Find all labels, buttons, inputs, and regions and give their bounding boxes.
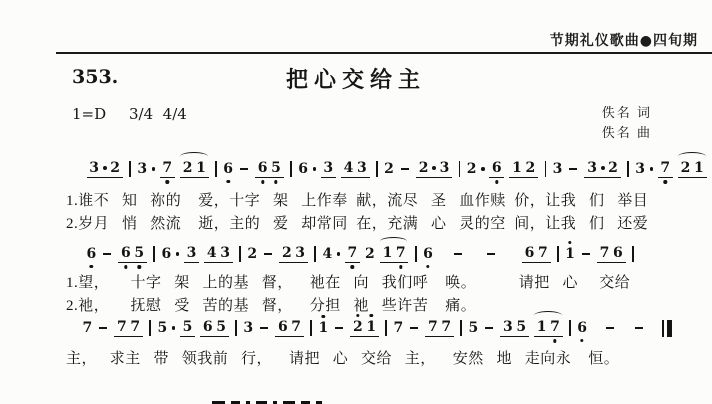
note-group: 7: [658, 161, 673, 178]
jianpu-note: 5: [216, 320, 226, 334]
barline: [632, 246, 634, 262]
barline: [545, 161, 547, 177]
jianpu-note: 4: [344, 161, 354, 175]
jianpu-line-1: 323721665634322326123323721: [84, 158, 712, 180]
key-signature: 1=D: [72, 105, 106, 123]
note-group: 76: [597, 246, 626, 263]
jianpu-note: 2: [353, 320, 363, 334]
duration-dash: [410, 327, 418, 329]
jianpu-note: 7: [396, 246, 406, 260]
barline: [129, 161, 131, 177]
jianpu-line-2: 665634322347217667176: [84, 243, 638, 265]
jianpu-note: 6: [278, 320, 288, 334]
note-group: 3: [184, 246, 199, 263]
jianpu-note: 2: [183, 161, 193, 175]
jianpu-note: 7: [538, 246, 548, 260]
duration-dash: [487, 253, 495, 255]
high-octave-dot: [322, 315, 325, 318]
barline: [153, 246, 155, 262]
low-octave-dot: [495, 180, 498, 183]
note-group: 7: [160, 161, 175, 178]
duration-dash: [99, 327, 107, 329]
low-octave-dot: [426, 265, 429, 268]
low-octave-dot: [580, 339, 583, 342]
duration-dash: [582, 253, 590, 255]
jianpu-note: 3: [357, 161, 367, 175]
barline: [314, 246, 316, 262]
note-group: 65: [118, 246, 147, 263]
barline: [415, 246, 417, 262]
jianpu-note: 3: [440, 161, 450, 175]
sheet-music-page: 节期礼仪歌曲●四旬期 353. 把心交给主 1=D 3/4 4/4 佚名 词 佚…: [0, 0, 712, 404]
note-group-tied: 17: [380, 246, 409, 263]
note-group-tied: 17: [534, 320, 563, 337]
jianpu-note: 5: [516, 320, 526, 334]
high-octave-dot: [568, 241, 571, 244]
note-group: 43: [204, 246, 233, 263]
rhythm-dot: [432, 166, 436, 170]
augmentation-dot: [481, 167, 485, 171]
barline: [459, 161, 461, 177]
lyrics-line2-verse1: 1.望， 十字 架 上的基 督， 祂在 向 我们呼 唤。 请把 心 交给: [66, 271, 630, 292]
jianpu-note: 6: [613, 246, 623, 260]
jianpu-note: 7: [291, 320, 301, 334]
jianpu-line-3: 7775565367121777535176: [80, 317, 675, 339]
final-barline-thin: [662, 320, 664, 337]
low-octave-dot: [351, 265, 354, 268]
jianpu-note: 5: [183, 320, 193, 334]
jianpu-note: 6: [577, 321, 587, 335]
note-group: 77: [425, 320, 454, 337]
rhythm-dot: [601, 166, 605, 170]
low-octave-dot: [124, 265, 127, 268]
jianpu-note: 6: [162, 247, 172, 261]
lyrics-line3: 主， 求主 带 领我前 行， 请把 心 交给 主， 安然 地 走向永 恒。: [66, 347, 619, 368]
note-group: 7: [345, 246, 360, 263]
augmentation-dot: [152, 167, 156, 171]
jianpu-note: 6: [223, 162, 233, 176]
note-group: 23: [416, 161, 452, 178]
note-group: 67: [275, 320, 304, 337]
note-group: 35: [500, 320, 529, 337]
barline: [235, 320, 237, 336]
jianpu-note: 3: [587, 161, 597, 175]
jianpu-note: 5: [158, 321, 168, 335]
jianpu-note: 2: [467, 162, 477, 176]
augmentation-dot: [172, 326, 176, 330]
jianpu-note: 2: [282, 246, 292, 260]
jianpu-note: 7: [83, 321, 93, 335]
jianpu-note: 7: [550, 320, 560, 334]
low-octave-dot: [553, 339, 556, 342]
lyrics-line1-verse1: 1.谁不 知 祢的 爱，十字 架 上作奉 献，流尽 圣 血作赎 价，让我 们 举…: [66, 189, 648, 210]
low-octave-dot: [399, 265, 402, 268]
augmentation-dot: [313, 167, 317, 171]
jianpu-note: 2: [365, 247, 375, 261]
final-barline-thick: [667, 320, 672, 337]
note-group: 65: [200, 320, 229, 337]
barline: [290, 161, 292, 177]
duration-dash: [569, 168, 577, 170]
jianpu-note: 7: [347, 246, 357, 260]
note-group: 32: [584, 161, 620, 178]
low-octave-dot: [166, 180, 169, 183]
barline: [239, 246, 241, 262]
low-octave-dot: [138, 265, 141, 268]
next-page-title-cutoff: [212, 400, 322, 404]
jianpu-note: 6: [423, 247, 433, 261]
note-group: 21: [350, 320, 379, 337]
jianpu-note: 3: [295, 246, 305, 260]
note-group-tied: 21: [678, 161, 707, 178]
jianpu-note: 3: [503, 320, 513, 334]
composer-credit: 佚名 曲: [602, 122, 652, 141]
jianpu-note: 6: [121, 246, 131, 260]
jianpu-note: 6: [298, 162, 308, 176]
note-group: 65: [255, 161, 284, 178]
jianpu-note: 3: [89, 161, 99, 175]
note-group: 23: [279, 246, 308, 263]
barline: [385, 320, 387, 336]
high-octave-dot: [356, 314, 359, 317]
note-group: 3: [321, 161, 336, 178]
jianpu-note: 7: [428, 320, 438, 334]
jianpu-note: 1: [537, 320, 547, 334]
jianpu-note: 7: [600, 246, 610, 260]
low-octave-dot: [226, 180, 229, 183]
jianpu-note: 3: [243, 321, 253, 335]
jianpu-note: 2: [608, 161, 618, 175]
jianpu-note: 7: [441, 320, 451, 334]
duration-dash: [606, 327, 614, 329]
duration-dash: [260, 327, 268, 329]
barline: [569, 320, 571, 336]
low-octave-dot: [90, 265, 93, 268]
jianpu-note: 6: [525, 246, 535, 260]
jianpu-note: 1: [196, 161, 206, 175]
jianpu-note: 3: [137, 162, 147, 176]
jianpu-note: 2: [247, 247, 257, 261]
note-group: 77: [114, 320, 143, 337]
barline: [627, 161, 629, 177]
jianpu-note: 7: [162, 161, 172, 175]
jianpu-note: 7: [393, 321, 403, 335]
jianpu-note: 3: [323, 161, 333, 175]
jianpu-note: 2: [110, 161, 120, 175]
jianpu-note: 7: [130, 320, 140, 334]
jianpu-note: 4: [207, 246, 217, 260]
jianpu-note: 7: [117, 320, 127, 334]
jianpu-note: 3: [635, 162, 645, 176]
note-group: 12: [509, 161, 538, 178]
note-group: 67: [522, 246, 551, 263]
duration-dash: [401, 168, 409, 170]
jianpu-note: 2: [384, 162, 394, 176]
duration-dash: [335, 327, 343, 329]
jianpu-note: 6: [492, 161, 502, 175]
jianpu-note: 1: [318, 321, 328, 335]
augmentation-dot: [650, 167, 654, 171]
header-rule: [56, 52, 712, 54]
augmentation-dot: [176, 252, 180, 256]
duration-dash: [240, 168, 248, 170]
duration-dash: [103, 253, 111, 255]
note-group: 43: [341, 161, 370, 178]
note-group: 6: [489, 161, 504, 178]
jianpu-note: 5: [469, 321, 479, 335]
duration-dash: [485, 327, 493, 329]
barline: [557, 246, 559, 262]
jianpu-note: 1: [512, 161, 522, 175]
jianpu-note: 6: [87, 247, 97, 261]
barline: [376, 161, 378, 177]
lyrics-line2-verse2: 2.祂， 抚慰 受 苦的基 督， 分担 祂 些许苦 痛。: [66, 294, 476, 315]
time-signatures: 3/4 4/4: [129, 105, 187, 123]
jianpu-note: 4: [322, 247, 332, 261]
jianpu-note: 1: [694, 161, 704, 175]
rhythm-dot: [103, 166, 107, 170]
duration-dash: [264, 253, 272, 255]
jianpu-note: 5: [271, 161, 281, 175]
jianpu-note: 3: [220, 246, 230, 260]
jianpu-note: 1: [383, 246, 393, 260]
song-title: 把心交给主: [0, 63, 712, 94]
duration-dash: [635, 327, 643, 329]
barline: [149, 320, 151, 336]
jianpu-note: 3: [187, 246, 197, 260]
jianpu-note: 2: [681, 161, 691, 175]
jianpu-note: 6: [258, 161, 268, 175]
jianpu-note: 1: [366, 320, 376, 334]
note-group: 32: [87, 161, 123, 178]
lyrics-line1-verse2: 2.岁月 悄 然流 逝，主的 爱 却常同 在，充满 心 灵的空 间，让我 们 还…: [66, 212, 648, 233]
low-octave-dot: [274, 180, 277, 183]
high-octave-dot: [370, 314, 373, 317]
jianpu-note: 2: [526, 161, 536, 175]
section-header: 节期礼仪歌曲●四旬期: [550, 30, 698, 50]
jianpu-note: 1: [565, 247, 575, 261]
low-octave-dot: [664, 180, 667, 183]
jianpu-note: 2: [419, 161, 429, 175]
jianpu-note: 5: [134, 246, 144, 260]
barline: [460, 320, 462, 336]
duration-dash: [454, 253, 462, 255]
jianpu-note: 3: [553, 162, 563, 176]
low-octave-dot: [261, 180, 264, 183]
jianpu-note: 6: [203, 320, 213, 334]
barline: [215, 161, 217, 177]
jianpu-note: 7: [660, 161, 670, 175]
final-barline: [662, 320, 671, 337]
note-group: 5: [180, 320, 195, 337]
barline: [310, 320, 312, 336]
lyricist-credit: 佚名 词: [602, 102, 652, 121]
note-group-tied: 21: [180, 161, 209, 178]
augmentation-dot: [337, 252, 341, 256]
